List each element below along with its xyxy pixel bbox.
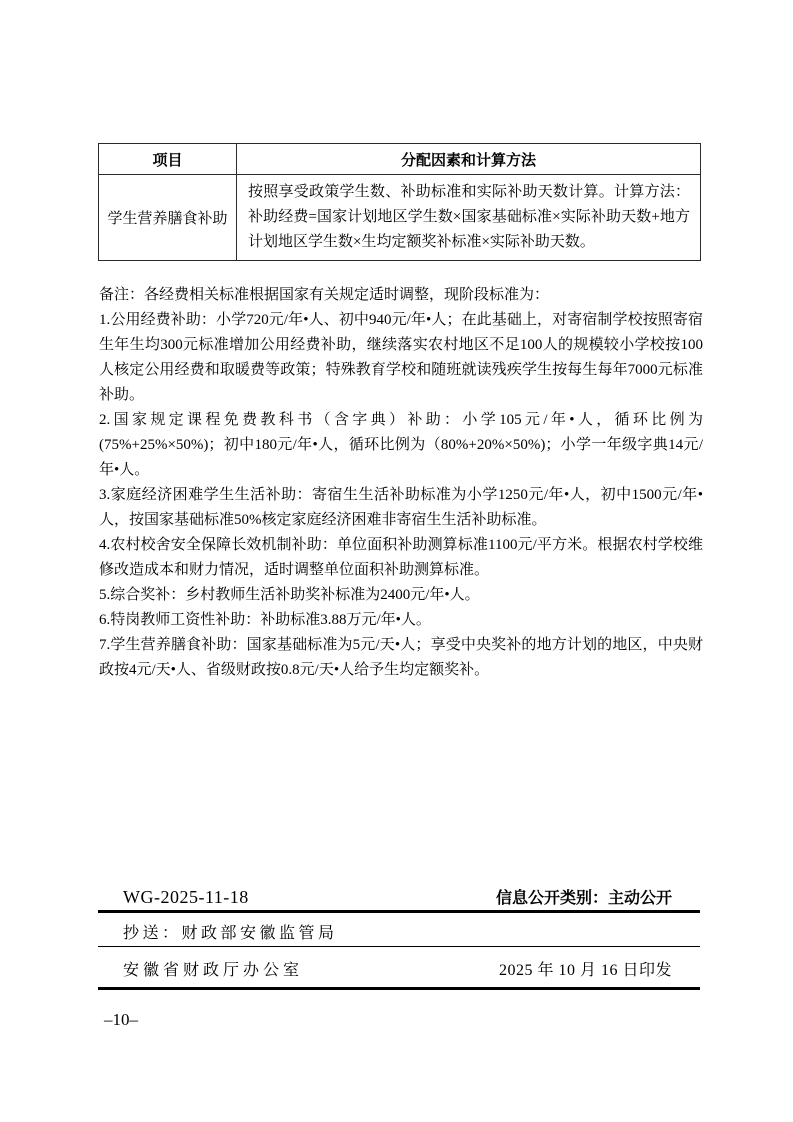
- allocation-table: 项目 分配因素和计算方法 学生营养膳食补助 按照享受政策学生数、补助标准和实际补…: [98, 143, 701, 261]
- document-footer: WG-2025-11-18 信息公开类别：主动公开 抄送：财政部安徽监管局 安徽…: [98, 879, 700, 990]
- table-header-method: 分配因素和计算方法: [237, 144, 701, 175]
- note-item-4: 4.农村校舍安全保障长效机制补助：单位面积补助测算标准1100元/平方米。根据农…: [99, 533, 703, 583]
- note-item-5: 5.综合奖补：乡村教师生活补助奖补标准为2400元/年•人。: [99, 583, 703, 608]
- page-number: –10–: [104, 1010, 138, 1030]
- notes-intro: 备注：各经费相关标准根据国家有关规定适时调整，现阶段标准为：: [99, 283, 703, 308]
- note-item-6: 6.特岗教师工资性补助：补助标准3.88万元/年•人。: [99, 608, 703, 633]
- table-cell-method: 按照享受政策学生数、补助标准和实际补助天数计算。计算方法：补助经费=国家计划地区…: [237, 175, 701, 261]
- cc-line: 抄送：财政部安徽监管局: [123, 920, 338, 943]
- footer-row-doc-number: WG-2025-11-18 信息公开类别：主动公开: [98, 879, 700, 908]
- divider-thick-bottom: [98, 987, 700, 990]
- note-item-3: 3.家庭经济困难学生生活补助：寄宿生生活补助标准为小学1250元/年•人，初中1…: [99, 483, 703, 533]
- doc-number: WG-2025-11-18: [123, 887, 249, 908]
- print-date: 2025 年 10 月 16 日印发: [499, 957, 672, 980]
- note-item-7: 7.学生营养膳食补助：国家基础标准为5元/天•人；享受中央奖补的地方计划的地区，…: [99, 633, 703, 683]
- issuer: 安徽省财政厅办公室: [123, 957, 303, 980]
- document-page: 项目 分配因素和计算方法 学生营养膳食补助 按照享受政策学生数、补助标准和实际补…: [0, 0, 793, 1122]
- footer-row-cc: 抄送：财政部安徽监管局: [98, 913, 700, 946]
- table-header-item: 项目: [99, 144, 237, 175]
- table-header-row: 项目 分配因素和计算方法: [99, 144, 701, 175]
- table-cell-item: 学生营养膳食补助: [99, 175, 237, 261]
- notes-section: 备注：各经费相关标准根据国家有关规定适时调整，现阶段标准为： 1.公用经费补助：…: [99, 283, 703, 683]
- footer-row-issuer: 安徽省财政厅办公室 2025 年 10 月 16 日印发: [98, 947, 700, 985]
- note-item-1: 1.公用经费补助：小学720元/年•人、初中940元/年•人；在此基础上，对寄宿…: [99, 308, 703, 408]
- disclosure-category: 信息公开类别：主动公开: [496, 885, 672, 908]
- table-row: 学生营养膳食补助 按照享受政策学生数、补助标准和实际补助天数计算。计算方法：补助…: [99, 175, 701, 261]
- note-item-2: 2.国家规定课程免费教科书（含字典）补助：小学105元/年•人，循环比例为(75…: [99, 408, 703, 483]
